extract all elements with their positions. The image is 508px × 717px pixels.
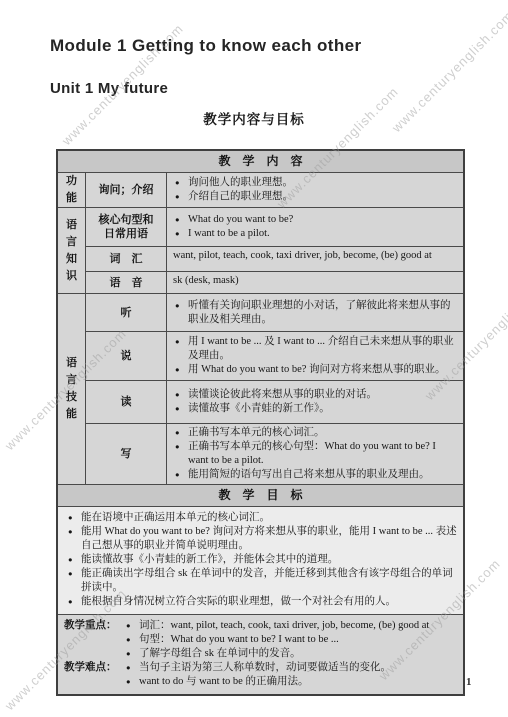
list-item-text: What do you want to be? xyxy=(188,214,293,225)
speak-bullets-cell: ●用 I want to be ... 及 I want to ... 介绍自己… xyxy=(167,332,463,381)
listen-bullets-cell: ●听懂有关询问职业理想的小对话，了解彼此将来想从事的职业及相关理由。 xyxy=(167,294,463,332)
list-item-text: 询问他人的职业理想。 xyxy=(188,177,293,188)
sentence-bullets-cell: ●What do you want to be?●I want to be a … xyxy=(167,208,463,247)
list-item-text: 用 What do you want to be? 询问对方将来想从事的职业。 xyxy=(188,364,446,375)
group-label-function-cell: 功能 xyxy=(58,173,86,208)
sublabel-speak: 说 xyxy=(121,349,132,363)
focus-row: 教学重点： ●词汇：want, pilot, teach, cook, taxi… xyxy=(62,619,457,661)
list-item-text: 听懂有关询问职业理想的小对话，了解彼此将来想从事的职业及相关理由。 xyxy=(188,300,451,325)
bullet-icon: ● xyxy=(175,335,180,349)
read-bullets-cell: ●读懂谈论彼此将来想从事的职业的对话。●读懂故事《小青蛙的新工作》。 xyxy=(167,381,463,424)
textbook-page: Module 1 Getting to know each other Unit… xyxy=(0,0,508,717)
list-item: ●词汇：want, pilot, teach, cook, taxi drive… xyxy=(124,619,457,633)
vocab-text-cell: want, pilot, teach, cook, taxi driver, j… xyxy=(167,247,463,272)
phonics-text: sk (desk, mask) xyxy=(173,274,457,288)
list-item: ●能用简短的语句写出自己将来想从事的职业及理由。 xyxy=(173,468,457,482)
bullet-icon: ● xyxy=(68,553,73,567)
bullet-icon: ● xyxy=(126,633,131,647)
bullet-icon: ● xyxy=(175,363,180,377)
list-item-text: 读懂故事《小青蛙的新工作》。 xyxy=(188,403,330,414)
list-item-text: 能读懂故事《小青蛙的新工作》，并能体会其中的道理。 xyxy=(81,554,338,565)
key-points-box: 教学重点： ●词汇：want, pilot, teach, cook, taxi… xyxy=(58,615,463,694)
sublabel-read: 读 xyxy=(121,395,132,409)
write-bullets-cell: ●正确书写本单元的核心词汇。●正确书写本单元的核心句型：What do you … xyxy=(167,424,463,485)
sublabel-sentence-line1: 核心句型和 xyxy=(99,213,154,227)
page-number: 1 xyxy=(466,676,472,688)
bullet-icon: ● xyxy=(126,661,131,675)
list-item: ●了解字母组合 sk 在单词中的发音。 xyxy=(124,647,457,661)
unit-title: Unit 1 My future xyxy=(50,80,168,97)
list-item: ●句型：What do you want to be? I want to be… xyxy=(124,633,457,647)
bullet-icon: ● xyxy=(175,402,180,416)
function-bullets-cell: ●询问他人的职业理想。●介绍自己的职业理想。 xyxy=(167,173,463,208)
list-item-text: 能在语境中正确运用本单元的核心词汇。 xyxy=(81,512,270,523)
list-item: ●能在语境中正确运用本单元的核心词汇。 xyxy=(66,511,457,525)
bullet-icon: ● xyxy=(126,675,131,689)
list-item-text: 介绍自己的职业理想。 xyxy=(188,191,293,202)
sublabel-sentence-cell: 核心句型和 日常用语 xyxy=(86,208,167,247)
list-item: ●当句子主语为第三人称单数时，动词要做适当的变化。 xyxy=(124,661,457,675)
bullet-icon: ● xyxy=(175,440,180,454)
objectives-list: ●能在语境中正确运用本单元的核心词汇。●能用 What do you want … xyxy=(58,507,463,615)
objectives-header: 教 学 目 标 xyxy=(58,485,463,507)
sublabel-phonics-cell: 语 音 xyxy=(86,272,167,294)
bullet-icon: ● xyxy=(175,190,180,204)
sublabel-phonics: 语 音 xyxy=(110,276,143,290)
list-item-text: 词汇：want, pilot, teach, cook, taxi driver… xyxy=(139,620,429,631)
difficulty-items: ●当句子主语为第三人称单数时，动词要做适当的变化。●want to do 与 w… xyxy=(124,661,457,689)
list-item: ●能用 What do you want to be? 询问对方将来想从事的职业… xyxy=(66,525,457,553)
bullet-icon: ● xyxy=(175,299,180,313)
list-item: ●听懂有关询问职业理想的小对话，了解彼此将来想从事的职业及相关理由。 xyxy=(173,299,457,327)
list-item-text: 能正确读出字母组合 sk 在单词中的发音，并能迁移到其他含有该字母组合的单词拼读… xyxy=(81,568,453,593)
bullet-icon: ● xyxy=(126,619,131,633)
bullet-icon: ● xyxy=(68,567,73,581)
list-item-text: 正确书写本单元的核心词汇。 xyxy=(188,427,325,438)
list-item-text: 用 I want to be ... 及 I want to ... 介绍自己未… xyxy=(188,336,454,361)
bullet-icon: ● xyxy=(68,511,73,525)
list-item: ●能正确读出字母组合 sk 在单词中的发音，并能迁移到其他含有该字母组合的单词拼… xyxy=(66,567,457,595)
sublabel-read-cell: 读 xyxy=(86,381,167,424)
sublabel-function: 询问；介绍 xyxy=(99,183,154,197)
list-item: ●用 I want to be ... 及 I want to ... 介绍自己… xyxy=(173,335,457,363)
list-item-text: want to do 与 want to be 的正确用法。 xyxy=(139,676,308,687)
section-title: 教学内容与目标 xyxy=(0,108,508,128)
list-item: ●介绍自己的职业理想。 xyxy=(173,190,457,204)
sublabel-vocab: 词 汇 xyxy=(110,252,143,266)
sublabel-function-cell: 询问；介绍 xyxy=(86,173,167,208)
list-item: ●What do you want to be? xyxy=(173,213,457,227)
list-item: ●读懂故事《小青蛙的新工作》。 xyxy=(173,402,457,416)
bullet-icon: ● xyxy=(126,647,131,661)
sublabel-sentence-line2: 日常用语 xyxy=(104,227,148,241)
module-title: Module 1 Getting to know each other xyxy=(50,36,362,56)
bullet-icon: ● xyxy=(175,388,180,402)
list-item: ●正确书写本单元的核心词汇。 xyxy=(173,426,457,440)
group-label-skills: 语言技能 xyxy=(65,355,78,423)
list-item: ●询问他人的职业理想。 xyxy=(173,176,457,190)
list-item: ●能读懂故事《小青蛙的新工作》，并能体会其中的道理。 xyxy=(66,553,457,567)
content-grid: 功能 询问；介绍 ●询问他人的职业理想。●介绍自己的职业理想。 语言知识 核心句… xyxy=(58,173,463,485)
list-item-text: 能用简短的语句写出自己将来想从事的职业及理由。 xyxy=(188,469,430,480)
phonics-text-cell: sk (desk, mask) xyxy=(167,272,463,294)
bullet-icon: ● xyxy=(68,595,73,609)
list-item: ●正确书写本单元的核心句型：What do you want to be? I … xyxy=(173,440,457,468)
bullet-icon: ● xyxy=(175,176,180,190)
list-item-text: 能用 What do you want to be? 询问对方将来想从事的职业，… xyxy=(81,526,457,551)
group-label-skills-cell: 语言技能 xyxy=(58,294,86,485)
bullet-icon: ● xyxy=(175,227,180,241)
sublabel-write: 写 xyxy=(121,447,132,461)
list-item-text: 了解字母组合 sk 在单词中的发音。 xyxy=(139,648,301,659)
list-item: ●I want to be a pilot. xyxy=(173,227,457,241)
bullet-icon: ● xyxy=(175,468,180,482)
vocab-text: want, pilot, teach, cook, taxi driver, j… xyxy=(173,249,457,263)
sublabel-write-cell: 写 xyxy=(86,424,167,485)
list-item: ●用 What do you want to be? 询问对方将来想从事的职业。 xyxy=(173,363,457,377)
group-label-function: 功能 xyxy=(65,173,78,207)
bullet-icon: ● xyxy=(175,426,180,440)
bullet-icon: ● xyxy=(175,213,180,227)
list-item: ●能根据自身情况树立符合实际的职业理想，做一个对社会有用的人。 xyxy=(66,595,457,609)
focus-label: 教学重点： xyxy=(62,619,124,661)
difficulty-row: 教学难点： ●当句子主语为第三人称单数时，动词要做适当的变化。●want to … xyxy=(62,661,457,689)
list-item-text: 当句子主语为第三人称单数时，动词要做适当的变化。 xyxy=(139,662,391,673)
content-table-header: 教 学 内 容 xyxy=(58,151,463,173)
list-item-text: 正确书写本单元的核心句型：What do you want to be? I w… xyxy=(188,441,436,466)
list-item: ●读懂谈论彼此将来想从事的职业的对话。 xyxy=(173,388,457,402)
sublabel-listen: 听 xyxy=(121,306,132,320)
list-item-text: 读懂谈论彼此将来想从事的职业的对话。 xyxy=(188,389,377,400)
sublabel-listen-cell: 听 xyxy=(86,294,167,332)
sublabel-speak-cell: 说 xyxy=(86,332,167,381)
difficulty-label: 教学难点： xyxy=(62,661,124,689)
group-label-knowledge: 语言知识 xyxy=(65,217,78,285)
group-label-knowledge-cell: 语言知识 xyxy=(58,208,86,294)
sublabel-vocab-cell: 词 汇 xyxy=(86,247,167,272)
list-item: ●want to do 与 want to be 的正确用法。 xyxy=(124,675,457,689)
list-item-text: 句型：What do you want to be? I want to be … xyxy=(139,634,339,645)
focus-items: ●词汇：want, pilot, teach, cook, taxi drive… xyxy=(124,619,457,661)
bullet-icon: ● xyxy=(68,525,73,539)
teaching-plan-table: 教 学 内 容 功能 询问；介绍 ●询问他人的职业理想。●介绍自己的职业理想。 … xyxy=(56,149,465,696)
list-item-text: 能根据自身情况树立符合实际的职业理想，做一个对社会有用的人。 xyxy=(81,596,396,607)
list-item-text: I want to be a pilot. xyxy=(188,228,270,239)
